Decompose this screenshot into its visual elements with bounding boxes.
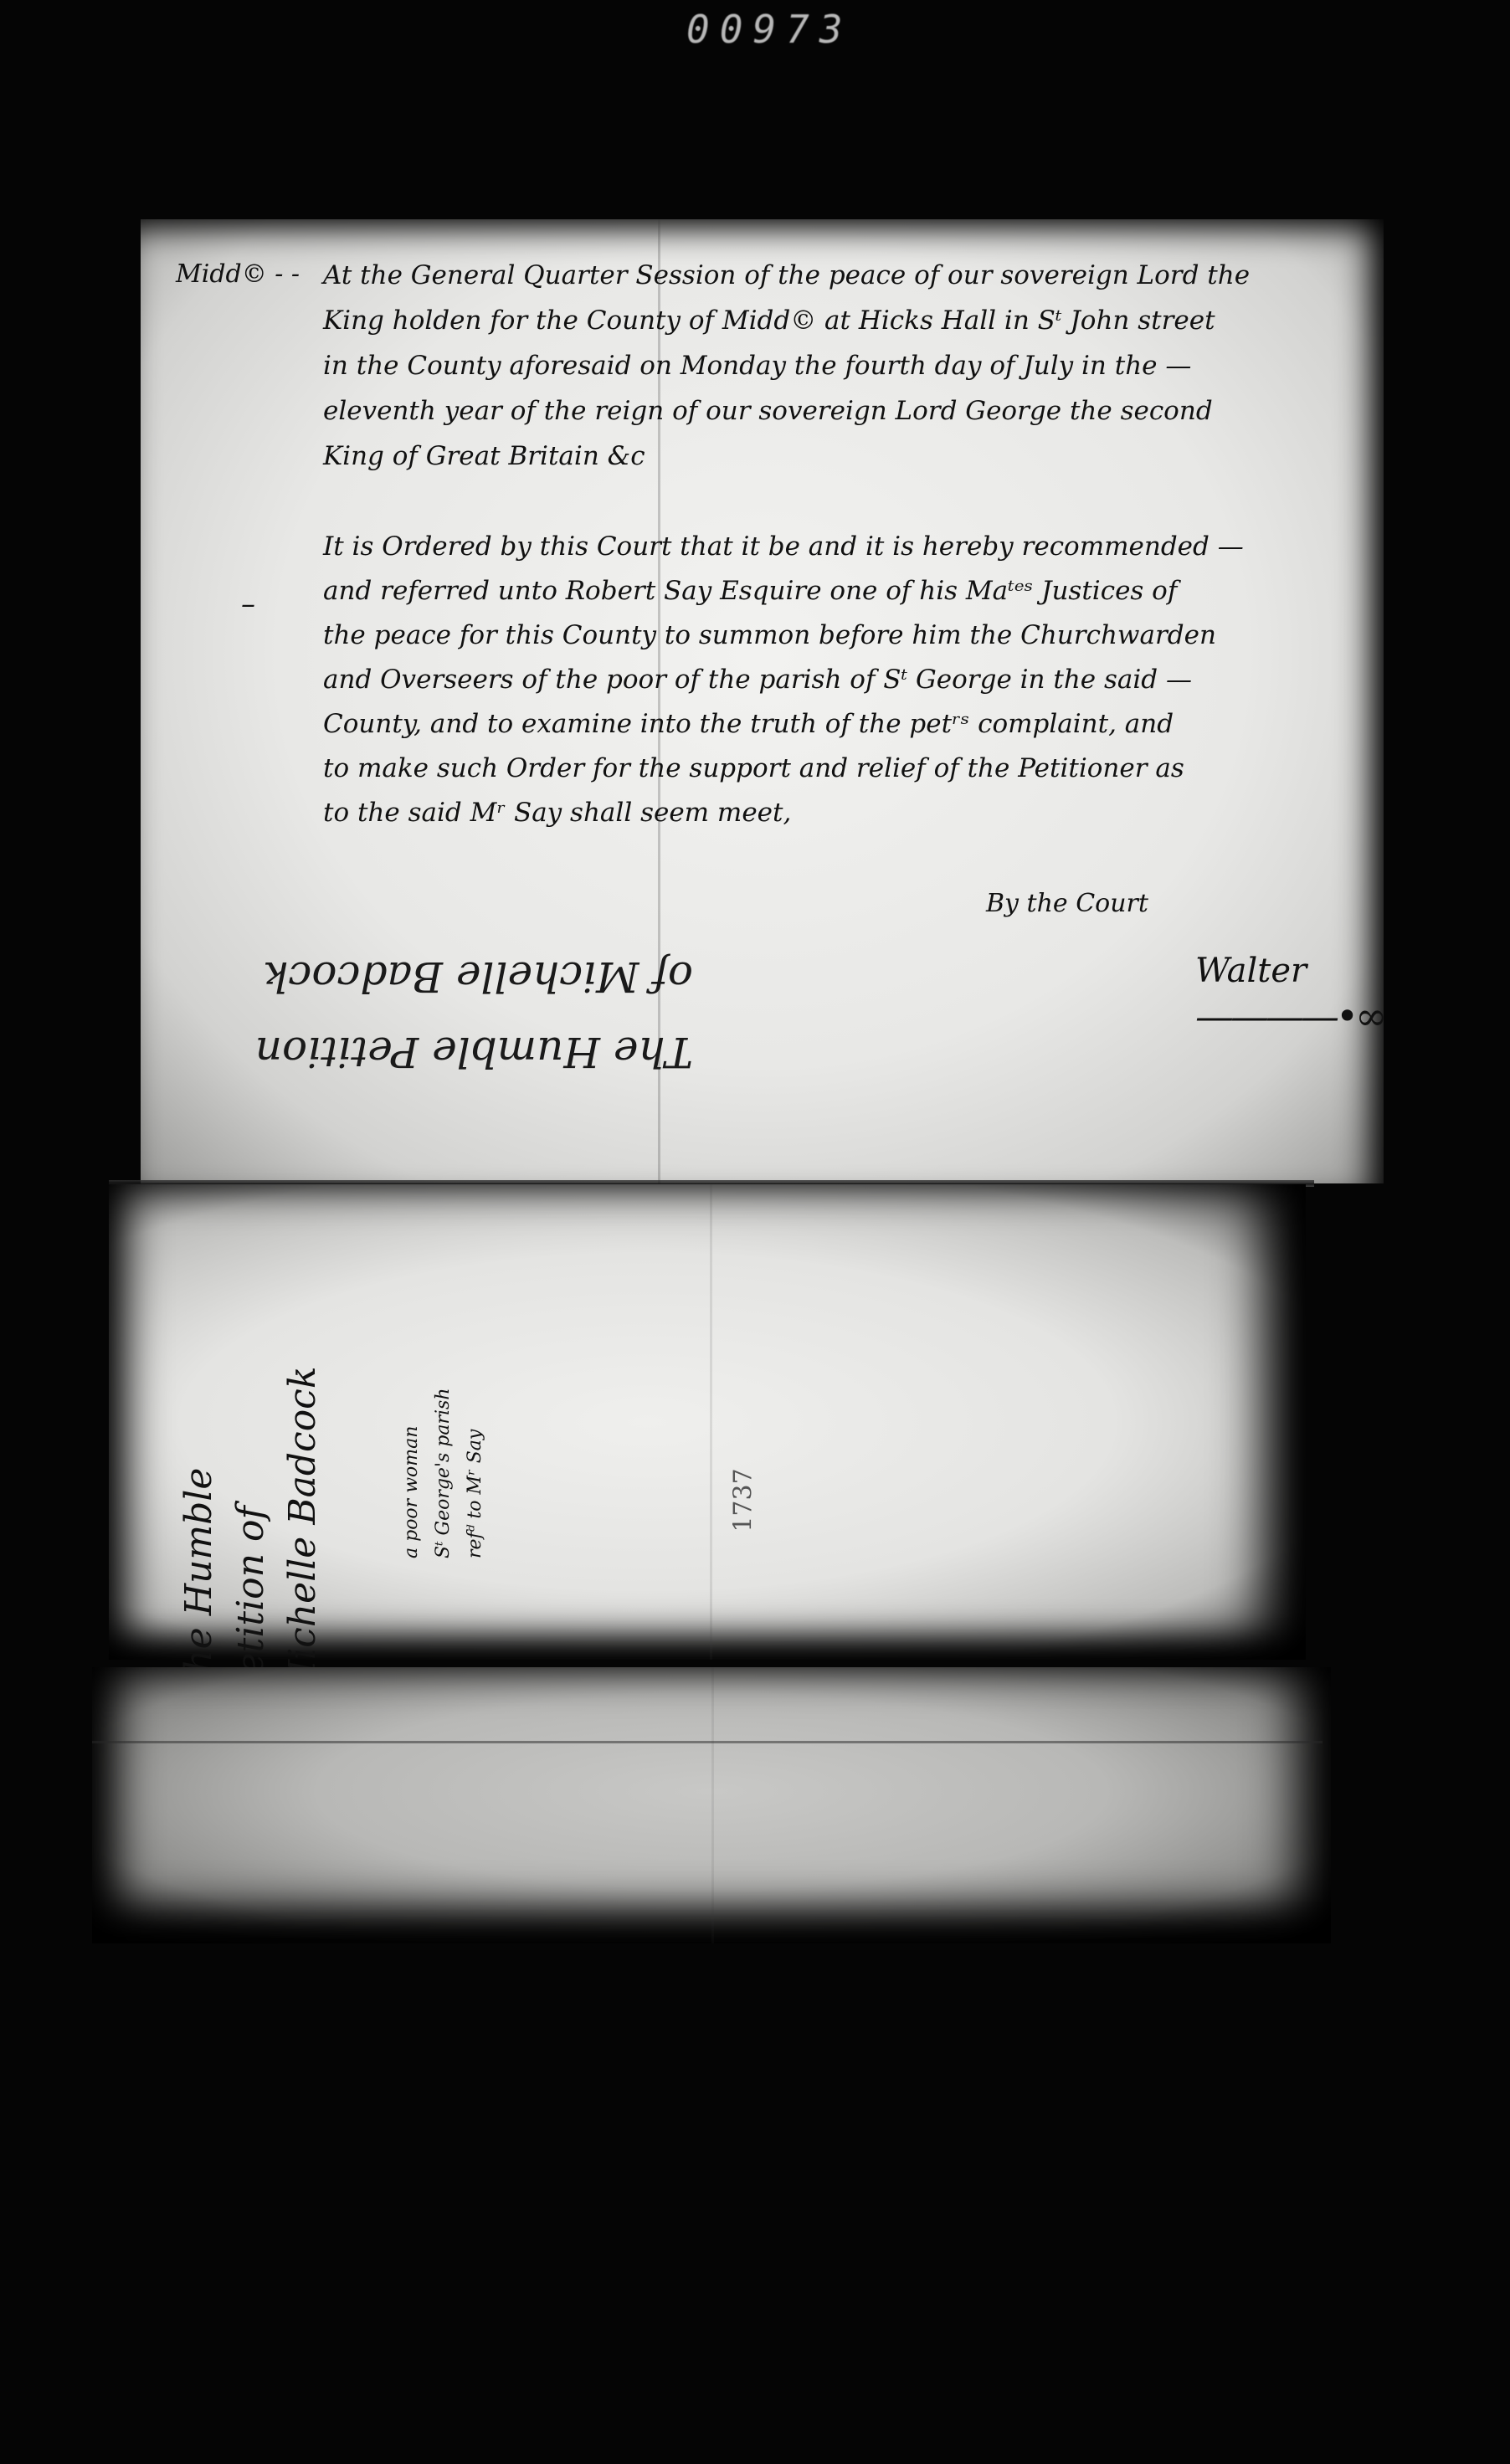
order-line: and Overseers of the poor of the parish … [323,658,1244,702]
endorsement-block: The Humble Petition of Michelle Badcock … [126,1209,427,1611]
endorsement-title: The Humble Petition of Michelle Badcock [173,1229,329,1697]
order-line: to the said Mʳ Say shall seem meet, [323,791,1244,835]
endorsement-title-line: Petition of [225,1229,277,1697]
inverted-title-line: of Michelle Badcock [174,939,693,1014]
endorsement-note-line: refᵈ to Mʳ Say [460,1274,491,1558]
order-line: County, and to examine into the truth of… [323,702,1244,747]
signature-flourish: ————•∞ [1195,993,1384,1039]
microfilm-frame-number: 00973 [686,7,904,53]
margin-dash-mark: – [241,588,255,621]
session-preamble: At the General Quarter Session of the pe… [323,253,1250,479]
vertical-fold-crease [711,1667,714,1943]
preamble-line: King of Great Britain &c [323,434,1250,479]
endorsement-title-line: Michelle Badcock [277,1229,329,1697]
court-order-body: It is Ordered by this Court that it be a… [323,525,1244,835]
pencil-year-mark: 1737 [729,1468,758,1532]
preamble-line: King holden for the County of Midd© at H… [323,298,1250,343]
endorsement-note-line: Sᵗ George's parish [428,1274,460,1558]
order-page: Midd© - - At the General Quarter Session… [141,219,1384,1183]
preamble-line: At the General Quarter Session of the pe… [323,253,1250,298]
vertical-fold-crease [710,1184,712,1660]
endorsement-panel: The Humble Petition of Michelle Badcock … [109,1184,1306,1660]
endorsement-title-line: The Humble [173,1229,225,1697]
county-marginal-note: Midd© - - [176,259,300,289]
order-line: to make such Order for the support and r… [323,747,1244,791]
endorsement-note: a poor woman Sᵗ George's parish refᵈ to … [396,1274,491,1558]
inverted-title-line: The Humble Petition [174,1014,693,1090]
horizontal-fold-crease [92,1741,1323,1743]
inverted-docket-title: The Humble Petition of Michelle Badcock [174,939,693,1090]
endorsement-note-line: a poor woman [396,1274,428,1558]
preamble-line: in the County aforesaid on Monday the fo… [323,343,1250,388]
blank-lower-panel [92,1667,1331,1943]
preamble-line: eleventh year of the reign of our sovere… [323,388,1250,434]
clerk-signature: Walter [1195,952,1307,990]
order-line: and referred unto Robert Say Esquire one… [323,569,1244,613]
attestation: By the Court [986,889,1148,918]
order-line: It is Ordered by this Court that it be a… [323,525,1244,569]
order-line: the peace for this County to summon befo… [323,613,1244,658]
